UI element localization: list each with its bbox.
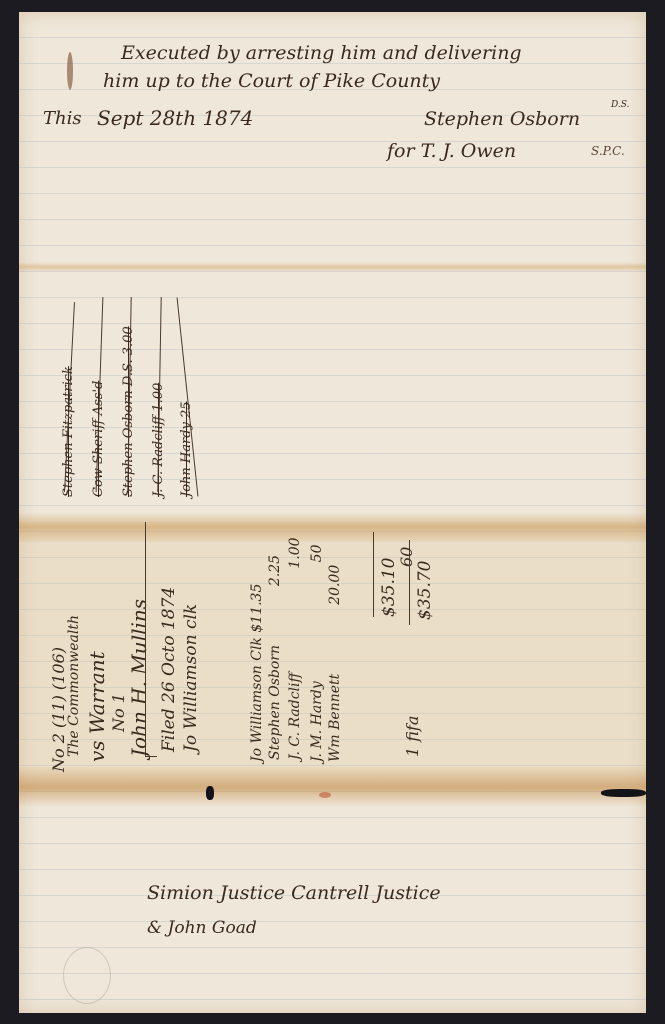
cost-item-1: Jo Williamson Clk $11.35	[249, 584, 265, 762]
cost-note-fifa: 1 fifa	[403, 716, 422, 757]
subtotal-rule	[373, 532, 374, 617]
fold-line-upper	[19, 262, 646, 272]
witness-line-2: & John Goad	[147, 918, 257, 938]
cost-item-1-name: Jo Williamson Clk	[249, 637, 265, 762]
cost-item-5-amount: 20.00	[327, 565, 343, 605]
docket-clerk: Jo Williamson clk	[181, 604, 201, 752]
witness-line-1: Simion Justice Cantrell Justice	[147, 882, 441, 904]
return-signature-suffix: D.S.	[611, 100, 629, 110]
cost-item-2: Stephen Osborn 2.25	[267, 555, 283, 760]
cost-item-4: J. M. Hardy 50	[309, 544, 325, 762]
cost-total: $35.70	[415, 561, 435, 620]
cost-subtotal: $35.10	[379, 558, 399, 617]
return-for-suffix: S.P.C.	[591, 144, 625, 158]
docket-divider-tail	[145, 756, 157, 757]
crossed-line-1: Stephen Fitzpatrick	[61, 366, 76, 497]
paper-hole-right	[601, 789, 646, 797]
ink-blot-fold	[206, 786, 214, 800]
return-date: Sept 28th 1874	[97, 106, 253, 130]
docket-filed: Filed 26 Octo 1874	[159, 587, 179, 752]
docket-vs: vs Warrant	[85, 651, 109, 762]
foxing-spot	[319, 792, 331, 798]
return-for-line: for T. J. Owen	[387, 140, 516, 162]
return-line-1: Executed by arresting him and delivering	[121, 42, 522, 64]
cost-additional: 60	[397, 547, 416, 567]
cost-item-5-name: Wm Bennett	[327, 674, 343, 762]
docket-number: No 1	[109, 693, 128, 732]
document-page: Executed by arresting him and delivering…	[19, 12, 646, 1013]
embossed-seal	[63, 947, 111, 1004]
docket-divider	[145, 522, 146, 757]
cost-item-4-amount: 50	[309, 544, 325, 562]
fold-line-middle	[19, 512, 646, 542]
return-line-2: him up to the Court of Pike County	[103, 70, 440, 92]
cost-item-2-amount: 2.25	[267, 555, 283, 586]
docket-defendant: John H. Mullins	[127, 599, 151, 757]
docket-style: The Commonwealth	[66, 615, 82, 757]
cost-item-4-name: J. M. Hardy	[309, 681, 325, 762]
cost-item-3: J. C. Radcliff 1.00	[287, 537, 303, 760]
cost-item-3-name: J. C. Radcliff	[287, 673, 303, 760]
fold-line-lower	[19, 767, 646, 807]
return-signature: Stephen Osborn	[424, 108, 580, 130]
return-date-prefix: This	[43, 108, 82, 129]
cost-item-5: Wm Bennett 20.00	[327, 565, 343, 762]
ink-stain-top-left	[67, 52, 73, 90]
cost-item-2-name: Stephen Osborn	[267, 645, 283, 760]
total-rule	[409, 540, 410, 625]
cost-item-1-amount: $11.35	[249, 584, 265, 633]
cost-item-3-amount: 1.00	[287, 537, 303, 568]
